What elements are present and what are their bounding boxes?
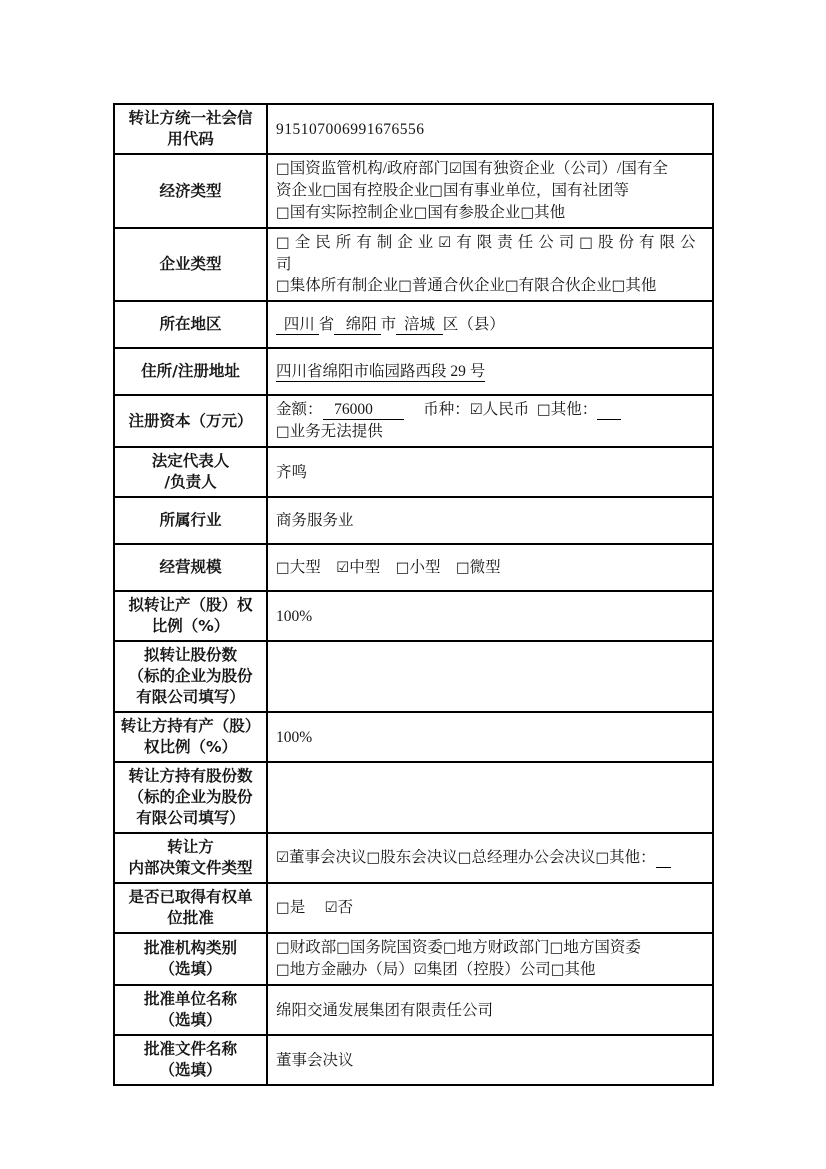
row-value: □是 ☑否 (267, 883, 713, 933)
value-line: 四川省绵阳市临园路西段 29 号 (276, 361, 704, 382)
value-line (276, 666, 704, 687)
checkbox-unchecked-icon: □ (276, 278, 290, 294)
value-line: 915107006991676556 (276, 119, 704, 140)
checkbox-unchecked-icon: □ (367, 850, 381, 866)
row-label: 转让方 内部决策文件类型 (114, 833, 267, 883)
row-value: 绵阳交通发展集团有限责任公司 (267, 985, 713, 1035)
table-row: 是否已取得有权单 位批准 □是 ☑否 (114, 883, 713, 933)
text-segment: 人民币 (483, 401, 537, 418)
row-label: 经营规模 (114, 544, 267, 591)
row-label: 拟转让产（股）权 比例（%） (114, 591, 267, 641)
checkbox-unchecked-icon: □ (276, 962, 290, 978)
text-segment: 股东会决议 (380, 849, 458, 866)
checkbox-unchecked-icon: □ (414, 205, 428, 221)
document-page: 转让方统一社会信 用代码 915107006991676556 经济类型 □国资… (0, 0, 826, 1169)
row-label: 批准机构类别 （选填） (114, 933, 267, 985)
text-segment: 业务无法提供 (290, 423, 383, 440)
value-line: ☑董事会决议□股东会决议□总经理办公会决议□其他： (276, 847, 704, 869)
text-segment: 中型 (349, 559, 396, 576)
value-line: □国有实际控制企业□国有参股企业□其他 (276, 202, 704, 224)
row-value (267, 762, 713, 833)
text-segment: 区（县） (443, 316, 505, 333)
checkbox-checked-icon: ☑ (276, 850, 289, 866)
text-segment: 四川 (276, 316, 319, 335)
value-line: □财政部□国务院国资委□地方财政部门□地方国资委 (276, 937, 704, 959)
text-segment: 有限责任公司 (456, 234, 579, 251)
text-segment: 国有控股企业 (336, 182, 429, 199)
text-segment (597, 401, 620, 420)
text-segment: 其他： (551, 401, 598, 418)
table-row: 拟转让股份数 （标的企业为股份 有限公司填写） (114, 641, 713, 712)
table-row: 所在地区 四川 省 绵阳 市 涪城 区（县） (114, 301, 713, 348)
row-label: 批准单位名称 （选填） (114, 985, 267, 1035)
table-row: 批准文件名称 （选填） 董事会决议 (114, 1035, 713, 1085)
row-value: 100% (267, 591, 713, 641)
text-segment: 集团（控股）公司 (427, 961, 551, 978)
row-label: 经济类型 (114, 154, 267, 228)
table-row: 批准单位名称 （选填） 绵阳交通发展集团有限责任公司 (114, 985, 713, 1035)
value-line: 四川 省 绵阳 市 涪城 区（县） (276, 314, 704, 335)
row-label: 批准文件名称 （选填） (114, 1035, 267, 1085)
text-segment: 总经理办公会决议 (471, 849, 595, 866)
checkbox-unchecked-icon: □ (550, 940, 564, 956)
checkbox-unchecked-icon: □ (537, 402, 551, 418)
table-row: 所属行业 商务服务业 (114, 497, 713, 544)
row-value: □大型 ☑中型 □小型 □微型 (267, 544, 713, 591)
table-body: 转让方统一社会信 用代码 915107006991676556 经济类型 □国资… (114, 104, 713, 1085)
table-row: 注册资本（万元） 金额： 76000 币种：☑人民币 □其他： □业务无法提供 (114, 395, 713, 447)
checkbox-unchecked-icon: □ (612, 278, 626, 294)
row-value: 商务服务业 (267, 497, 713, 544)
value-line: □大型 ☑中型 □小型 □微型 (276, 557, 704, 579)
text-segment: 100% (276, 608, 312, 625)
checkbox-unchecked-icon: □ (336, 940, 350, 956)
text-segment: 915107006991676556 (276, 121, 425, 138)
table-row: 转让方持有产（股） 权比例（%） 100% (114, 712, 713, 762)
checkbox-unchecked-icon: □ (429, 183, 443, 199)
checkbox-unchecked-icon: □ (276, 161, 290, 177)
row-value: □全民所有制企业☑有限责任公司□股份有限公司□集体所有制企业□普通合伙企业□有限… (267, 228, 713, 301)
checkbox-unchecked-icon: □ (276, 235, 295, 251)
checkbox-unchecked-icon: □ (276, 940, 290, 956)
checkbox-unchecked-icon: □ (505, 278, 519, 294)
row-value: □财政部□国务院国资委□地方财政部门□地方国资委□地方金融办（局）☑集团（控股）… (267, 933, 713, 985)
text-segment: 董事会决议 (289, 849, 367, 866)
value-line: □是 ☑否 (276, 897, 704, 919)
checkbox-unchecked-icon: □ (579, 235, 598, 251)
row-value: ☑董事会决议□股东会决议□总经理办公会决议□其他： (267, 833, 713, 883)
value-line: 董事会决议 (276, 1050, 704, 1071)
row-value: 四川 省 绵阳 市 涪城 区（县） (267, 301, 713, 348)
row-label: 转让方持有股份数 （标的企业为股份 有限公司填写） (114, 762, 267, 833)
text-segment: 集体所有制企业 (290, 277, 399, 294)
text-segment: 大型 (290, 559, 337, 576)
text-segment: 商务服务业 (276, 512, 354, 529)
text-segment: 国有事业单位，国有社团等 (443, 182, 629, 199)
checkbox-unchecked-icon: □ (276, 900, 290, 916)
row-value: 100% (267, 712, 713, 762)
checkbox-unchecked-icon: □ (456, 560, 470, 576)
table-row: 批准机构类别 （选填） □财政部□国务院国资委□地方财政部门□地方国资委□地方金… (114, 933, 713, 985)
checkbox-checked-icon: ☑ (336, 560, 349, 576)
text-segment: 四川省绵阳市临园路西段 29 号 (276, 363, 485, 382)
row-label: 所在地区 (114, 301, 267, 348)
row-value: □国资监管机构/政府部门☑国有独资企业（公司）/国有全资企业□国有控股企业□国有… (267, 154, 713, 228)
table-row: 企业类型 □全民所有制企业☑有限责任公司□股份有限公司□集体所有制企业□普通合伙… (114, 228, 713, 301)
checkbox-unchecked-icon: □ (520, 205, 534, 221)
text-segment: 其他 (625, 277, 656, 294)
table-row: 转让方 内部决策文件类型 ☑董事会决议□股东会决议□总经理办公会决议□其他： (114, 833, 713, 883)
table-row: 转让方持有股份数 （标的企业为股份 有限公司填写） (114, 762, 713, 833)
table-row: 经济类型 □国资监管机构/政府部门☑国有独资企业（公司）/国有全资企业□国有控股… (114, 154, 713, 228)
table-row: 拟转让产（股）权 比例（%） 100% (114, 591, 713, 641)
text-segment: 微型 (470, 559, 501, 576)
row-value: 董事会决议 (267, 1035, 713, 1085)
text-segment: 普通合伙企业 (412, 277, 505, 294)
row-value: 四川省绵阳市临园路西段 29 号 (267, 348, 713, 395)
text-segment: 齐鸣 (276, 464, 307, 481)
text-segment: 国有独资企业（公司）/国有全 (462, 160, 668, 177)
checkbox-checked-icon: ☑ (414, 962, 427, 978)
checkbox-checked-icon: ☑ (438, 235, 456, 251)
text-segment: 有限合伙企业 (519, 277, 612, 294)
text-segment: 绵阳 (334, 316, 381, 335)
text-segment: 国资监管机构/政府部门 (290, 160, 449, 177)
checkbox-unchecked-icon: □ (551, 962, 565, 978)
text-segment: 其他 (534, 204, 565, 221)
checkbox-unchecked-icon: □ (276, 205, 290, 221)
text-segment: 全民所有制企业 (295, 234, 439, 251)
text-segment: 其他： (609, 849, 656, 866)
text-segment: 100% (276, 729, 312, 746)
value-line: 100% (276, 606, 704, 627)
value-line: □集体所有制企业□普通合伙企业□有限合伙企业□其他 (276, 275, 704, 297)
checkbox-unchecked-icon: □ (396, 560, 410, 576)
value-line: 绵阳交通发展集团有限责任公司 (276, 1000, 704, 1021)
text-segment: 涪城 (396, 316, 443, 335)
row-value (267, 641, 713, 712)
table-row: 住所/注册地址 四川省绵阳市临园路西段 29 号 (114, 348, 713, 395)
text-segment: 资企业 (276, 182, 323, 199)
text-segment: 金额： (276, 401, 323, 418)
text-segment (656, 849, 672, 868)
text-segment: 其他 (564, 961, 595, 978)
text-segment: 地方财政部门 (457, 939, 550, 956)
checkbox-unchecked-icon: □ (595, 850, 609, 866)
text-segment: 76000 (323, 401, 404, 420)
row-value: 金额： 76000 币种：☑人民币 □其他： □业务无法提供 (267, 395, 713, 447)
checkbox-checked-icon: ☑ (325, 900, 338, 916)
text-segment: 董事会决议 (276, 1052, 354, 1069)
text-segment: 否 (338, 899, 354, 916)
checkbox-unchecked-icon: □ (276, 424, 290, 440)
row-label: 转让方统一社会信 用代码 (114, 104, 267, 154)
value-line: 齐鸣 (276, 462, 704, 483)
text-segment: 市 (381, 316, 397, 333)
text-segment: 地方金融办（局） (290, 961, 414, 978)
row-value: 915107006991676556 (267, 104, 713, 154)
row-label: 拟转让股份数 （标的企业为股份 有限公司填写） (114, 641, 267, 712)
checkbox-unchecked-icon: □ (458, 850, 472, 866)
value-line: 资企业□国有控股企业□国有事业单位，国有社团等 (276, 180, 704, 202)
text-segment: 币种： (404, 401, 470, 418)
row-label: 转让方持有产（股） 权比例（%） (114, 712, 267, 762)
value-line: □国资监管机构/政府部门☑国有独资企业（公司）/国有全 (276, 158, 704, 180)
row-label: 住所/注册地址 (114, 348, 267, 395)
text-segment: 财政部 (290, 939, 337, 956)
text-segment: 省 (319, 316, 335, 333)
row-label: 法定代表人 /负责人 (114, 447, 267, 497)
row-label: 是否已取得有权单 位批准 (114, 883, 267, 933)
value-line: □地方金融办（局）☑集团（控股）公司□其他 (276, 959, 704, 981)
value-line: 商务服务业 (276, 510, 704, 531)
checkbox-unchecked-icon: □ (276, 560, 290, 576)
value-line: 金额： 76000 币种：☑人民币 □其他： (276, 399, 704, 421)
row-label: 企业类型 (114, 228, 267, 301)
value-line: □业务无法提供 (276, 421, 704, 443)
value-line (276, 787, 704, 808)
text-segment: 国务院国资委 (350, 939, 443, 956)
checkbox-unchecked-icon: □ (323, 183, 337, 199)
transferor-info-table: 转让方统一社会信 用代码 915107006991676556 经济类型 □国资… (113, 103, 714, 1086)
text-segment: 小型 (409, 559, 456, 576)
row-label: 注册资本（万元） (114, 395, 267, 447)
table-row: 法定代表人 /负责人 齐鸣 (114, 447, 713, 497)
checkbox-checked-icon: ☑ (470, 402, 483, 418)
value-line: □全民所有制企业☑有限责任公司□股份有限公司 (276, 232, 704, 275)
value-line: 100% (276, 727, 704, 748)
row-value: 齐鸣 (267, 447, 713, 497)
row-label: 所属行业 (114, 497, 267, 544)
table-row: 经营规模 □大型 ☑中型 □小型 □微型 (114, 544, 713, 591)
text-segment: 国有参股企业 (427, 204, 520, 221)
text-segment: 绵阳交通发展集团有限责任公司 (276, 1002, 493, 1019)
text-segment: 是 (290, 899, 325, 916)
checkbox-checked-icon: ☑ (449, 161, 462, 177)
checkbox-unchecked-icon: □ (398, 278, 412, 294)
text-segment: 国有实际控制企业 (290, 204, 414, 221)
checkbox-unchecked-icon: □ (443, 940, 457, 956)
table-row: 转让方统一社会信 用代码 915107006991676556 (114, 104, 713, 154)
text-segment: 地方国资委 (563, 939, 641, 956)
